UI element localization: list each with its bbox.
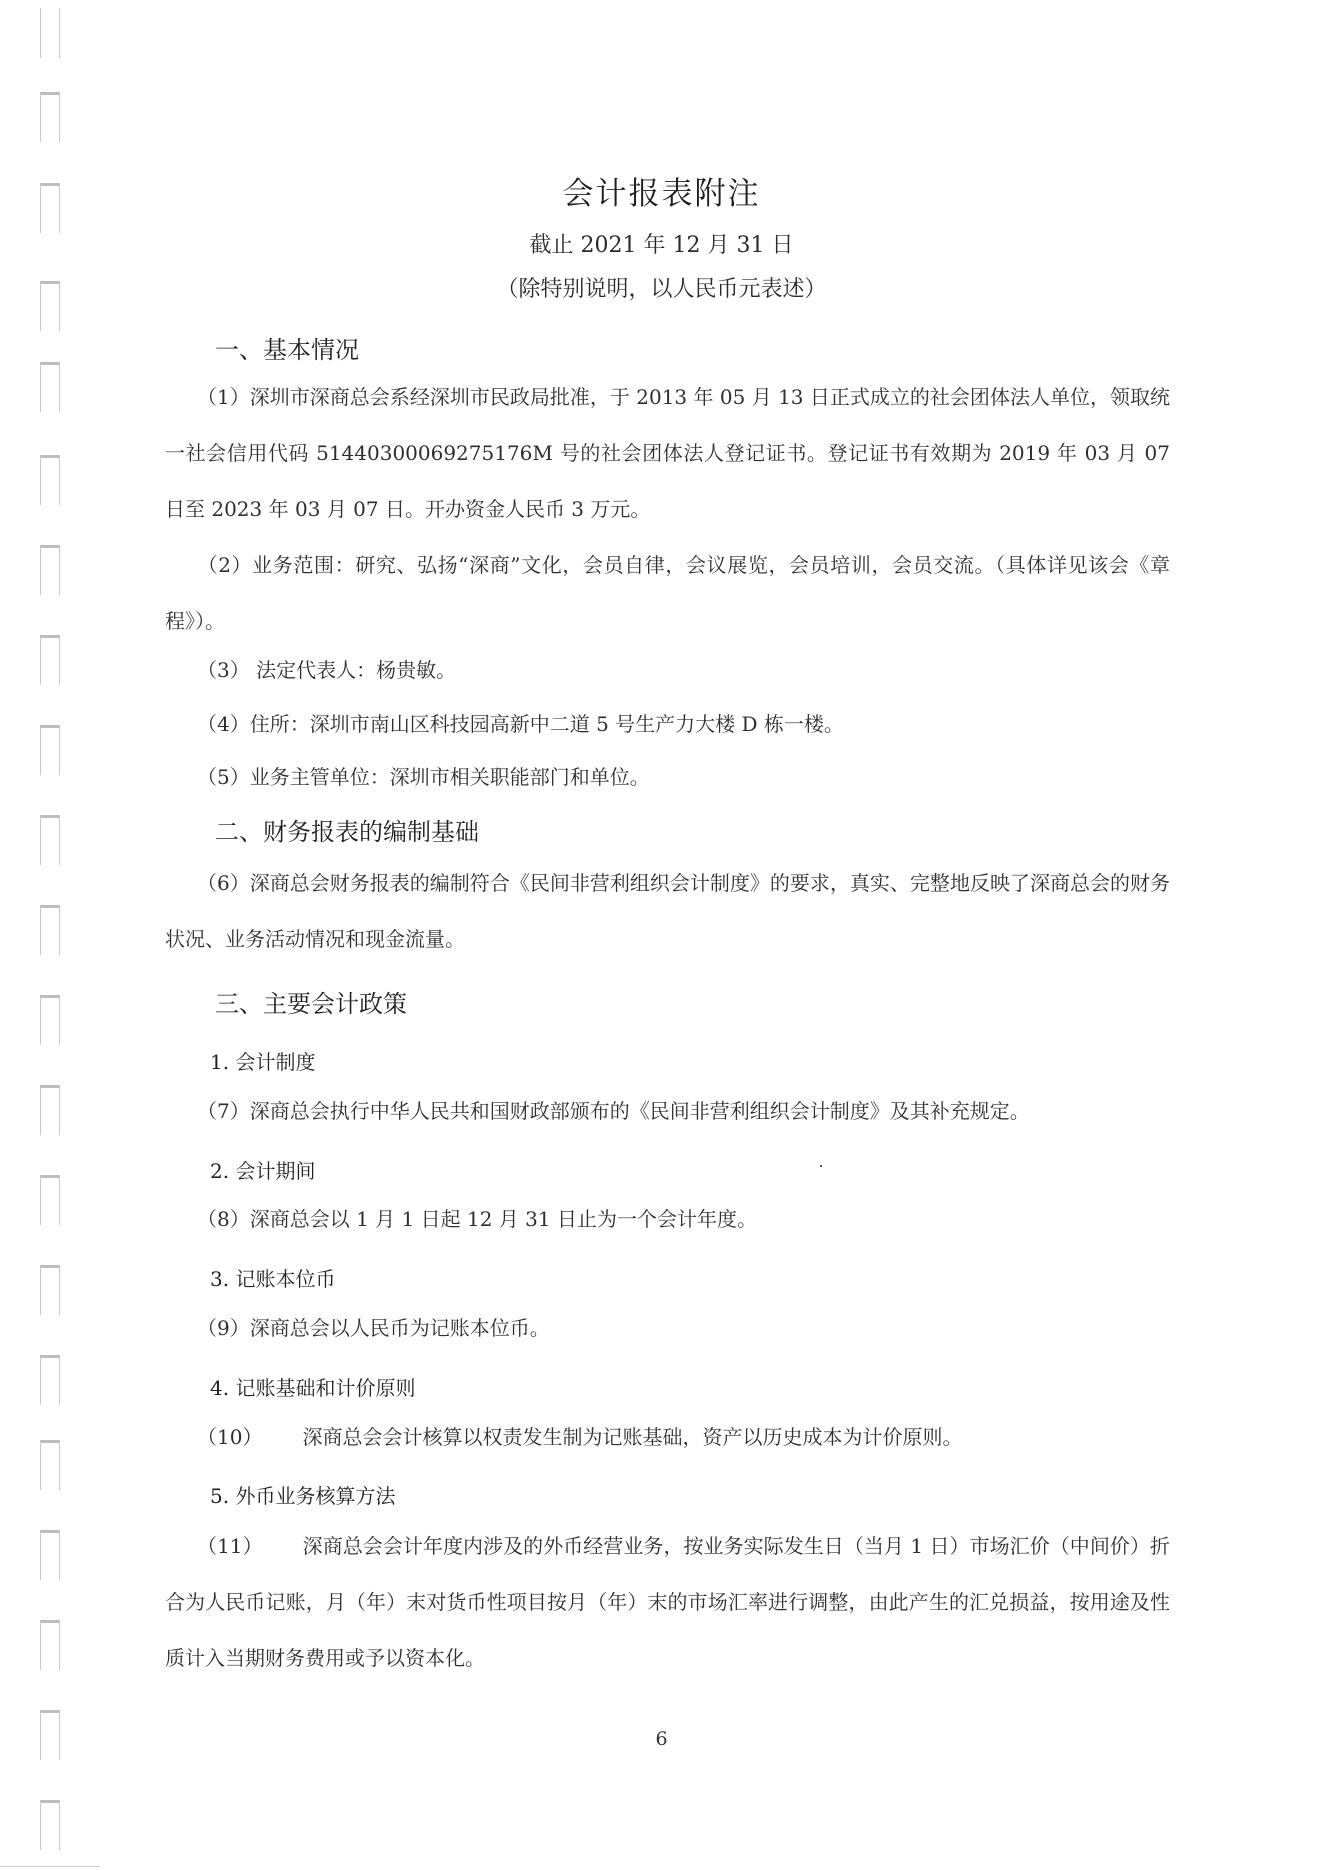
- paragraph-2: （2）业务范围：研究、弘扬“深商”文化，会员自律，会议展览，会员培训，会员交流。…: [165, 537, 1170, 649]
- paragraph-text: 深商总会以 1 月 1 日起 12 月 31 日止为一个会计年度。: [250, 1207, 757, 1231]
- paragraph-3: （3） 法定代表人：杨贵敏。: [165, 642, 1170, 698]
- paragraph-text: 深商总会以人民币为记账本位币。: [250, 1316, 550, 1340]
- paragraph-number: （8）: [197, 1207, 250, 1231]
- document-page: 会计报表附注 截止 2021 年 12 月 31 日 （除特别说明，以人民币元表…: [0, 0, 1323, 1870]
- section-heading-basis-of-preparation: 二、财务报表的编制基础: [215, 812, 479, 847]
- paragraph-11: （11）深商总会会计年度内涉及的外币经营业务，按业务实际发生日（当月 1 日）市…: [165, 1518, 1170, 1686]
- paragraph-number: （6）: [197, 871, 250, 895]
- paragraph-6: （6）深商总会财务报表的编制符合《民间非营利组织会计制度》的要求，真实、完整地反…: [165, 855, 1170, 967]
- paragraph-5: （5）业务主管单位：深圳市相关职能部门和单位。: [165, 749, 1170, 805]
- paragraph-text: 深商总会执行中华人民共和国财政部颁布的《民间非营利组织会计制度》及其补充规定。: [250, 1099, 1030, 1123]
- paragraph-7: （7）深商总会执行中华人民共和国财政部颁布的《民间非营利组织会计制度》及其补充规…: [165, 1083, 1170, 1139]
- subsection-heading-foreign-currency: 5. 外币业务核算方法: [210, 1480, 395, 1509]
- paragraph-number: （11）: [197, 1534, 263, 1558]
- document-title: 会计报表附注: [0, 168, 1323, 213]
- page-number: 6: [0, 1728, 1323, 1750]
- paragraph-number: （5）: [197, 765, 250, 789]
- section-heading-accounting-policies: 三、主要会计政策: [215, 984, 407, 1019]
- paragraph-text: 深商总会会计年度内涉及的外币经营业务，按业务实际发生日（当月 1 日）市场汇价（…: [165, 1534, 1170, 1670]
- paragraph-text: 深商总会会计核算以权责发生制为记账基础，资产以历史成本为计价原则。: [302, 1425, 962, 1449]
- subsection-heading-functional-currency: 3. 记账本位币: [210, 1263, 335, 1292]
- scan-speck: [820, 1165, 822, 1167]
- scan-edge-line: [0, 1866, 100, 1867]
- paragraph-10: （10）深商总会会计核算以权责发生制为记账基础，资产以历史成本为计价原则。: [165, 1409, 1170, 1465]
- paragraph-4: （4）住所：深圳市南山区科技园高新中二道 5 号生产力大楼 D 栋一楼。: [165, 696, 1170, 752]
- paragraph-text: 深商总会财务报表的编制符合《民间非营利组织会计制度》的要求，真实、完整地反映了深…: [165, 871, 1170, 951]
- section-heading-basic-info: 一、基本情况: [215, 330, 359, 365]
- subsection-heading-accounting-system: 1. 会计制度: [210, 1046, 315, 1075]
- paragraph-number: （9）: [197, 1316, 250, 1340]
- paragraph-1: （1）深圳市深商总会系经深圳市民政局批准，于 2013 年 05 月 13 日正…: [165, 369, 1170, 537]
- date-line: 截止 2021 年 12 月 31 日: [0, 228, 1323, 259]
- paragraph-number: （3）: [197, 658, 250, 682]
- paragraph-8: （8）深商总会以 1 月 1 日起 12 月 31 日止为一个会计年度。: [165, 1191, 1170, 1247]
- paragraph-number: （10）: [197, 1425, 262, 1449]
- paragraph-9: （9）深商总会以人民币为记账本位币。: [165, 1300, 1170, 1356]
- paragraph-text: 法定代表人：杨贵敏。: [250, 658, 456, 682]
- paragraph-text: 住所：深圳市南山区科技园高新中二道 5 号生产力大楼 D 栋一楼。: [250, 712, 844, 736]
- paragraph-number: （2）: [197, 553, 252, 577]
- paragraph-number: （4）: [197, 712, 250, 736]
- paragraph-text: 深圳市深商总会系经深圳市民政局批准，于 2013 年 05 月 13 日正式成立…: [165, 385, 1170, 521]
- paragraph-number: （7）: [197, 1099, 250, 1123]
- currency-note: （除特别说明，以人民币元表述）: [0, 272, 1323, 303]
- paragraph-text: 业务范围：研究、弘扬“深商”文化，会员自律，会议展览，会员培训，会员交流。（具体…: [165, 553, 1170, 633]
- paragraph-text: 业务主管单位：深圳市相关职能部门和单位。: [250, 765, 650, 789]
- subsection-heading-accounting-period: 2. 会计期间: [210, 1155, 315, 1184]
- subsection-heading-accounting-basis: 4. 记账基础和计价原则: [210, 1372, 415, 1401]
- paragraph-number: （1）: [197, 385, 250, 409]
